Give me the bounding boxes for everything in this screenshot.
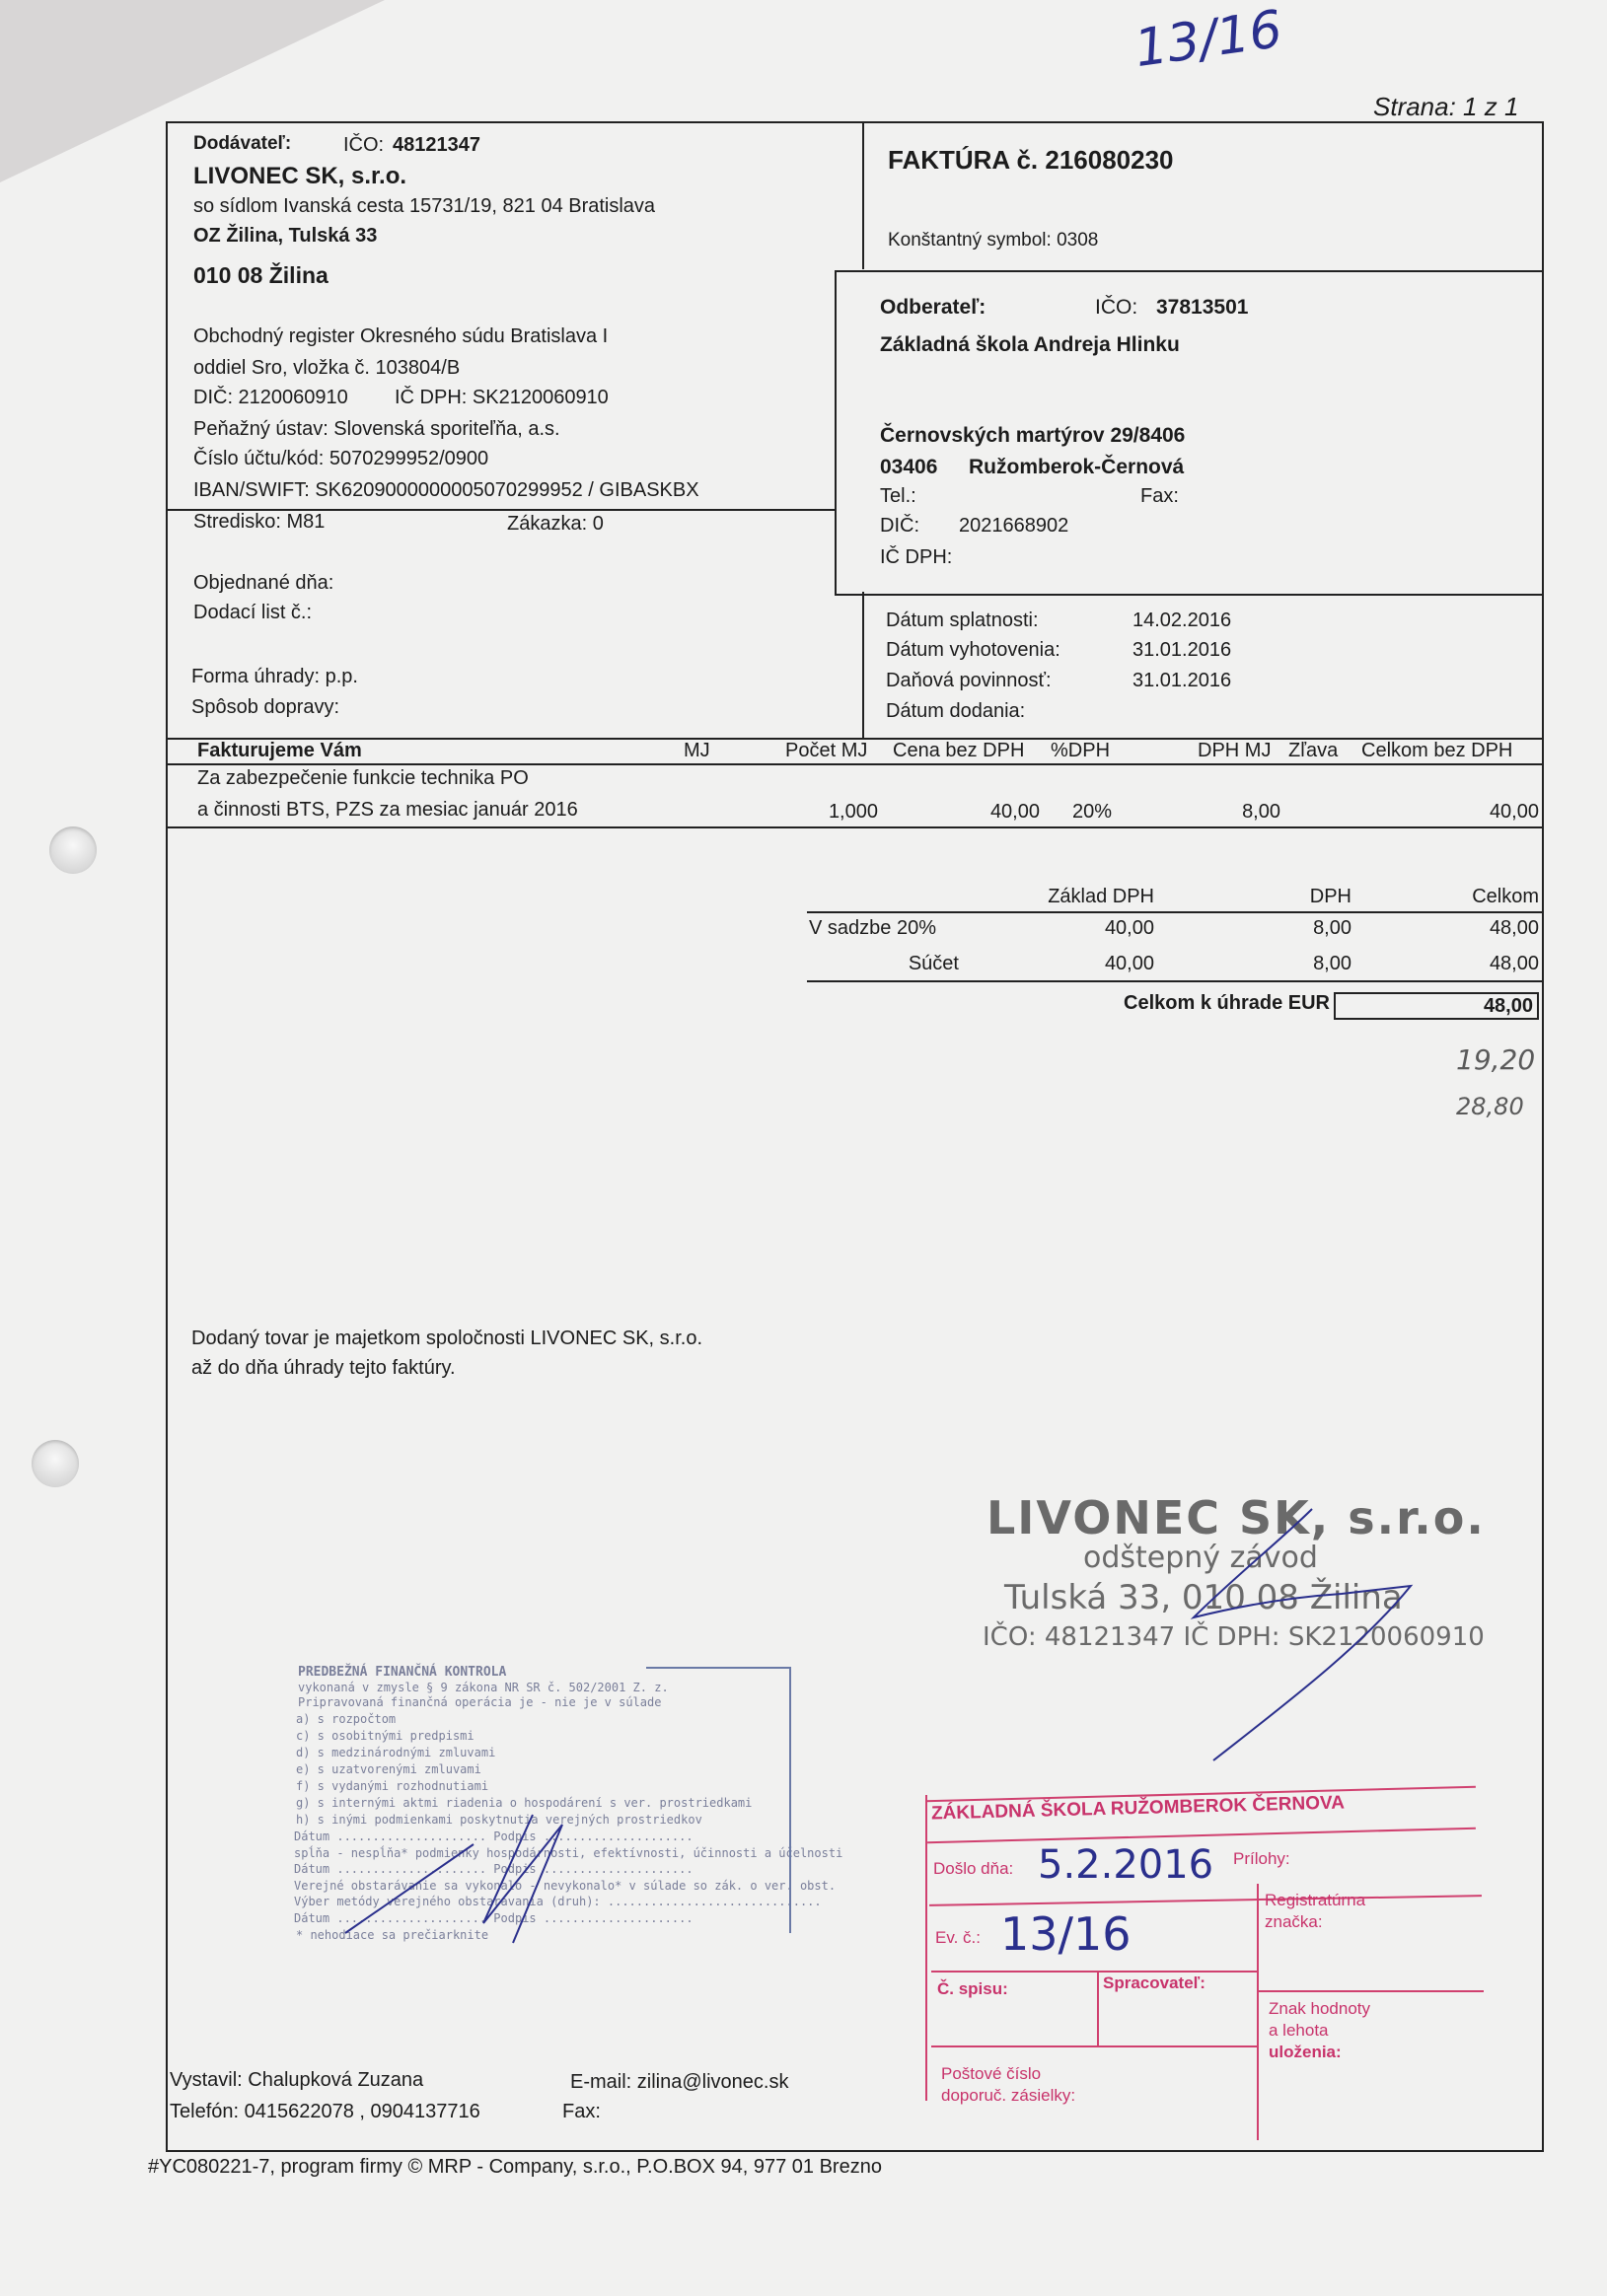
- customer-icdph-label: IČ DPH:: [880, 546, 952, 568]
- fk-title: PREDBEŽNÁ FINANČNÁ KONTROLA: [298, 1665, 506, 1680]
- fax: Fax:: [562, 2101, 601, 2122]
- col-header-description: Fakturujeme Vám: [197, 740, 362, 761]
- item-pocet: 1,000: [769, 801, 878, 823]
- date-value: 31.01.2016: [1132, 639, 1231, 661]
- date-label: Dátum splatnosti:: [886, 610, 1039, 631]
- ownership-note-1: Dodaný tovar je majetkom spoločnosti LIV…: [191, 1327, 702, 1349]
- phone: Telefón: 0415622078 , 0904137716: [170, 2101, 480, 2122]
- supplier-account: Číslo účtu/kód: 5070299952/0900: [193, 448, 488, 469]
- customer-fax-label: Fax:: [1140, 485, 1179, 507]
- summary-zaklad: 40,00: [986, 953, 1154, 974]
- fk-line: e) s uzatvorenými zmluvami: [296, 1762, 481, 1776]
- date-value: 31.01.2016: [1132, 670, 1231, 691]
- spis-label: Č. spisu:: [937, 1980, 1008, 1999]
- customer-name: Základná škola Andreja Hlinku: [880, 333, 1180, 356]
- summary-dph: 8,00: [1223, 917, 1351, 939]
- stamp-line: [929, 1895, 1482, 1906]
- ev-label: Ev. č.:: [935, 1929, 981, 1948]
- registr-label-2: značka:: [1265, 1913, 1323, 1932]
- prilohy-label: Prílohy:: [1233, 1850, 1290, 1869]
- fk-stamp-border: [646, 1667, 791, 1669]
- summary-celkom: 48,00: [1401, 953, 1539, 974]
- item-dph-mj: 8,00: [1184, 801, 1280, 823]
- registr-label-1: Registratúrna: [1265, 1892, 1365, 1910]
- doslo-date: 5.2.2016: [1038, 1842, 1213, 1888]
- item-dph-pct: 20%: [1072, 801, 1112, 823]
- znak-label-2: a lehota: [1269, 2022, 1329, 2041]
- col-header-mj: MJ: [684, 740, 710, 761]
- summary-header-dph: DPH: [1223, 886, 1351, 907]
- frame-right: [1542, 121, 1544, 2151]
- supplier-label: Dodávateľ:: [193, 134, 291, 155]
- software-credit: #YC080221-7, program firmy © MRP - Compa…: [148, 2156, 882, 2178]
- stamp-line: [927, 1828, 1476, 1844]
- customer-box-left: [835, 270, 837, 596]
- customer-dic-label: DIČ:: [880, 515, 919, 537]
- date-label: Daňová povinnosť:: [886, 670, 1052, 691]
- handwritten-note: 19,20: [1456, 1043, 1535, 1076]
- customer-dic: 2021668902: [959, 515, 1068, 537]
- fk-line: Pripravovaná finančná operácia je - nie …: [298, 1695, 661, 1709]
- supplier-city: 010 08 Žilina: [193, 263, 329, 288]
- supplier-iban: IBAN/SWIFT: SK6209000000005070299952 / G…: [193, 479, 699, 501]
- date-label: Dátum vyhotovenia:: [886, 639, 1060, 661]
- supplier-seat: so sídlom Ivanská cesta 15731/19, 821 04…: [193, 195, 655, 217]
- ev-number: 13/16: [1000, 1907, 1132, 1961]
- col-header-cena: Cena bez DPH: [893, 740, 1024, 761]
- fk-line: vykonaná v zmysle § 9 zákona NR SR č. 50…: [298, 1681, 669, 1694]
- customer-label: Odberateľ:: [880, 296, 986, 319]
- fk-stamp-border: [789, 1667, 791, 1933]
- col-header-celkom: Celkom bez DPH: [1361, 740, 1512, 761]
- postove-label-2: doporuč. zásielky:: [941, 2087, 1075, 2106]
- col-header-zlava: Zľava: [1288, 740, 1338, 761]
- dodaci-list: Dodací list č.:: [193, 602, 312, 623]
- date-value: 14.02.2016: [1132, 610, 1231, 631]
- spracovatel-label: Spracovateľ:: [1103, 1974, 1205, 1993]
- supplier-ico: 48121347: [393, 134, 480, 156]
- supplier-bank: Peňažný ústav: Slovenská sporiteľňa, a.s…: [193, 418, 560, 440]
- customer-ico: 37813501: [1156, 296, 1248, 319]
- stredisko: Stredisko: M81: [193, 511, 325, 533]
- page-indicator: Strana: 1 z 1: [1373, 93, 1518, 121]
- customer-street: Černovských martýrov 29/8406: [880, 424, 1185, 447]
- forma-uhrady: Forma úhrady: p.p.: [191, 666, 358, 687]
- stamp-line: [1097, 1973, 1099, 2047]
- supplier-register-1: Obchodný register Okresného súdu Bratisl…: [193, 325, 608, 347]
- stamp-line: [1259, 1990, 1484, 1992]
- divider: [862, 592, 864, 740]
- supplier-register-2: oddiel Sro, vložka č. 103804/B: [193, 357, 460, 379]
- stamp-line: [1257, 1884, 1259, 2140]
- summary-zaklad: 40,00: [986, 917, 1154, 939]
- total-label: Celkom k úhrade EUR: [986, 992, 1330, 1014]
- objednane-dna: Objednané dňa:: [193, 572, 333, 594]
- col-header-dph-pct: %DPH: [1051, 740, 1110, 761]
- znak-label-3: uloženia:: [1269, 2044, 1342, 2062]
- ownership-note-2: až do dňa úhrady tejto faktúry.: [191, 1357, 456, 1379]
- fk-line: d) s medzinárodnými zmluvami: [296, 1746, 495, 1759]
- zakazka: Zákazka: 0: [507, 513, 604, 535]
- stamp-line: [931, 1971, 1259, 1973]
- col-header-dph-mj: DPH MJ: [1198, 740, 1271, 761]
- handwritten-registration-number: 13/16: [1132, 0, 1286, 79]
- stamp-line: [925, 1795, 927, 2101]
- frame-left: [166, 121, 168, 2151]
- divider: [862, 121, 864, 269]
- supplier-icdph: IČ DPH: SK2120060910: [395, 387, 609, 408]
- supplier-name: LIVONEC SK, s.r.o.: [193, 164, 406, 189]
- fk-line: f) s vydanými rozhodnutiami: [296, 1779, 488, 1793]
- punch-hole-top: [49, 826, 97, 874]
- customer-box-top: [835, 270, 1544, 272]
- summary-header-zaklad: Základ DPH: [986, 886, 1154, 907]
- item-celkom: 40,00: [1401, 801, 1539, 823]
- postove-label-1: Poštové číslo: [941, 2065, 1041, 2084]
- customer-box-bottom: [835, 594, 1544, 596]
- frame-bottom: [166, 2150, 1544, 2152]
- invoice-title: FAKTÚRA č. 216080230: [888, 146, 1174, 175]
- summary-header-rule: [807, 911, 1542, 913]
- handwritten-note: 28,80: [1456, 1093, 1524, 1120]
- signature-icon: [1085, 1499, 1460, 1765]
- fk-line: a) s rozpočtom: [296, 1712, 396, 1726]
- customer-zip: 03406: [880, 456, 937, 478]
- total-value: 48,00: [1334, 992, 1539, 1020]
- item-description-2: a činnosti BTS, PZS za mesiac január 201…: [197, 799, 578, 821]
- stamp-line: [931, 2045, 1259, 2047]
- table-header-bottom: [166, 763, 1544, 765]
- item-cena: 40,00: [937, 801, 1040, 823]
- customer-tel-label: Tel.:: [880, 485, 916, 507]
- email: E-mail: zilina@livonec.sk: [570, 2071, 788, 2093]
- supplier-dic: DIČ: 2120060910: [193, 387, 348, 408]
- table-row-bottom: [166, 826, 1544, 828]
- fk-line: c) s osobitnými predpismi: [296, 1729, 475, 1743]
- znak-label-1: Znak hodnoty: [1269, 2000, 1370, 2019]
- summary-dph: 8,00: [1223, 953, 1351, 974]
- doslo-label: Došlo dňa:: [933, 1860, 1013, 1879]
- folded-corner: [0, 0, 385, 182]
- customer-ico-label: IČO:: [1095, 296, 1137, 319]
- sposob-dopravy: Spôsob dopravy:: [191, 696, 339, 718]
- summary-row-label: Súčet: [809, 953, 959, 974]
- col-header-pocet: Počet MJ: [785, 740, 867, 761]
- supplier-branch: OZ Žilina, Tulská 33: [193, 225, 377, 247]
- summary-row-label: V sadzbe 20%: [809, 917, 936, 939]
- frame-top: [166, 121, 1544, 123]
- date-label: Dátum dodania:: [886, 700, 1025, 722]
- signature-icon: [335, 1805, 631, 1953]
- supplier-ico-label: IČO:: [343, 134, 384, 156]
- konstantny-symbol: Konštantný symbol: 0308: [888, 231, 1098, 251]
- item-description-1: Za zabezpečenie funkcie technika PO: [197, 767, 529, 789]
- punch-hole-bottom: [32, 1440, 79, 1487]
- issuer: Vystavil: Chalupková Zuzana: [170, 2069, 423, 2091]
- summary-bottom-rule: [807, 980, 1542, 982]
- summary-celkom: 48,00: [1401, 917, 1539, 939]
- customer-city: Ružomberok-Černová: [969, 456, 1184, 478]
- summary-header-celkom: Celkom: [1401, 886, 1539, 907]
